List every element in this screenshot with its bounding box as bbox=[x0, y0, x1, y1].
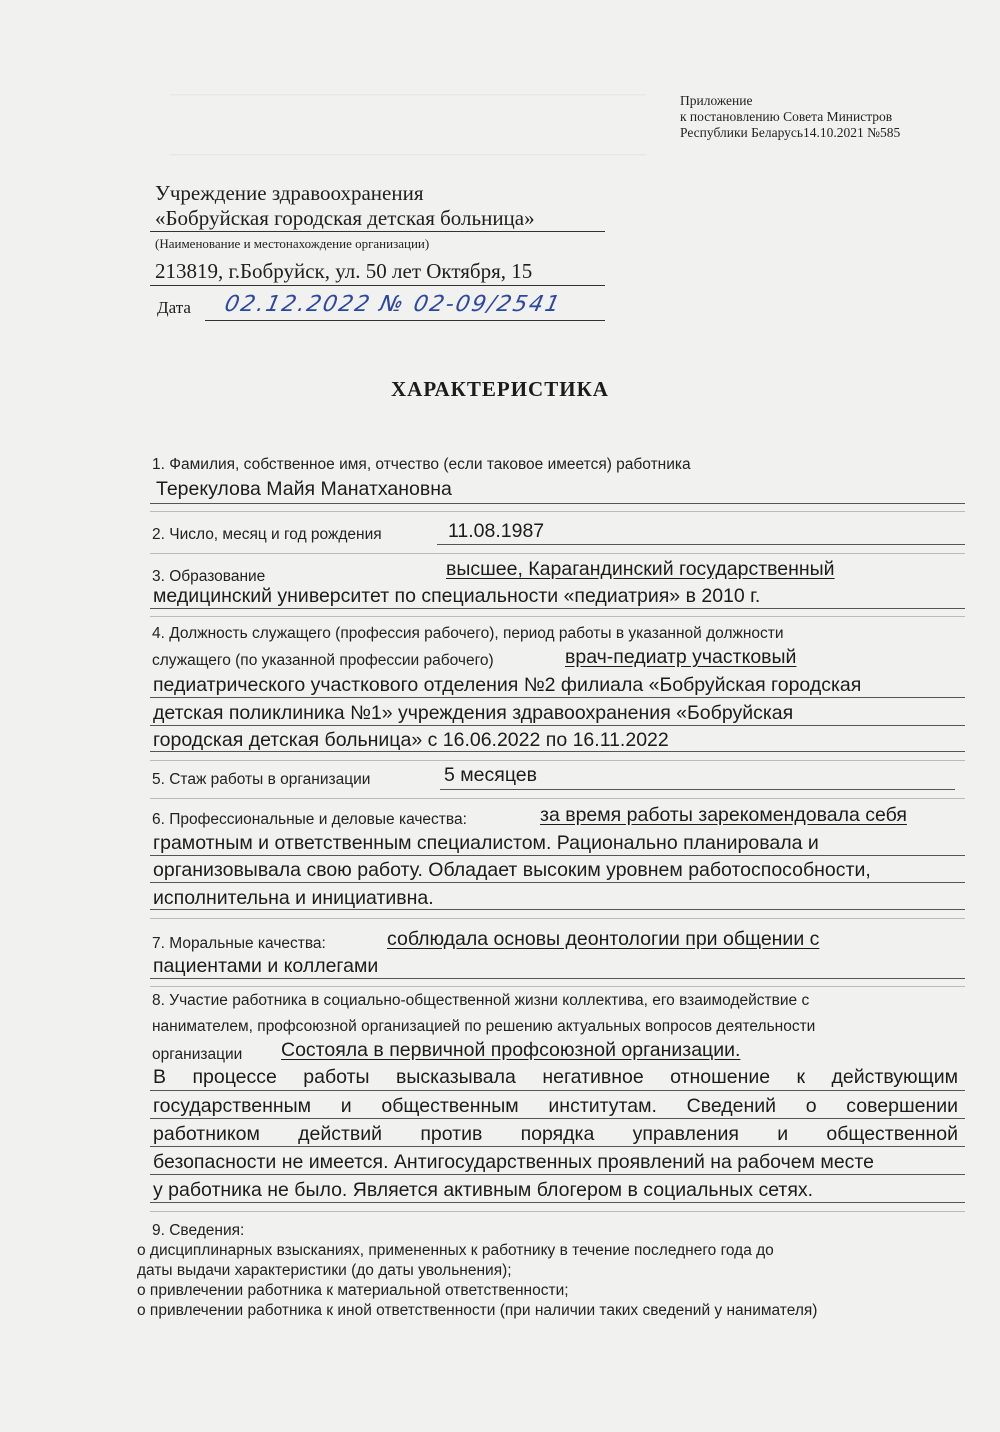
underline bbox=[150, 909, 965, 910]
bleed-through-text: ────────────────────────────────────────… bbox=[170, 88, 646, 104]
underline bbox=[437, 544, 965, 545]
section-8-value-line-4: работником действий против порядка управ… bbox=[153, 1123, 958, 1146]
section-8-label-line-3: организации bbox=[152, 1046, 242, 1064]
divider bbox=[150, 511, 965, 512]
underline bbox=[440, 789, 955, 790]
section-6-value-line-2: грамотным и ответственным специалистом. … bbox=[153, 832, 819, 855]
section-1-label: 1. Фамилия, собственное имя, отчество (е… bbox=[152, 456, 691, 474]
divider bbox=[150, 616, 965, 617]
divider bbox=[150, 760, 965, 761]
section-9-line-1: о дисциплинарных взысканиях, примененных… bbox=[137, 1242, 774, 1260]
section-6-value-line-4: исполнительна и инициативна. bbox=[153, 887, 434, 910]
section-4-value-line-2: педиатрического участкового отделения №2… bbox=[153, 674, 861, 697]
underline bbox=[150, 725, 965, 726]
underline bbox=[150, 285, 605, 286]
section-2-label: 2. Число, месяц и год рождения bbox=[152, 526, 382, 544]
underline bbox=[150, 978, 965, 979]
underline bbox=[150, 1118, 965, 1119]
section-8-value-line-3: государственным и общественным института… bbox=[153, 1095, 958, 1118]
section-2-value: 11.08.1987 bbox=[448, 520, 544, 543]
section-3-value-line-2: медицинский университет по специальности… bbox=[153, 585, 760, 608]
organization-name-line-1: Учреждение здравоохранения bbox=[155, 181, 424, 206]
document-title: ХАРАКТЕРИСТИКА bbox=[0, 377, 1000, 402]
section-4-value-line-4: городская детская больница» с 16.06.2022… bbox=[153, 729, 669, 752]
underline bbox=[150, 855, 965, 856]
section-9-label: 9. Сведения: bbox=[152, 1222, 244, 1240]
section-5-value: 5 месяцев bbox=[444, 764, 537, 787]
divider bbox=[150, 1211, 965, 1212]
section-6-label: 6. Профессиональные и деловые качества: bbox=[152, 811, 467, 829]
divider bbox=[150, 918, 965, 919]
date-label: Дата bbox=[157, 298, 191, 318]
section-9-line-2: даты выдачи характеристики (до даты увол… bbox=[137, 1262, 512, 1280]
bleed-through-text: ────────────────────────────────────────… bbox=[170, 148, 646, 164]
section-3-value-line-1: высшее, Карагандинский государственный bbox=[446, 558, 835, 581]
section-7-label: 7. Моральные качества: bbox=[152, 935, 326, 953]
underline bbox=[150, 882, 965, 883]
underline bbox=[150, 1090, 965, 1091]
section-7-value-line-2: пациентами и коллегами bbox=[153, 955, 378, 978]
date-handwritten-value: 02.12.2022 № 02-09/2541 bbox=[222, 292, 563, 317]
organization-address: 213819, г.Бобруйск, ул. 50 лет Октября, … bbox=[155, 259, 532, 284]
underline bbox=[150, 751, 965, 752]
underline bbox=[150, 1174, 965, 1175]
underline bbox=[205, 320, 605, 321]
section-6-value-line-3: организовывала свою работу. Обладает выс… bbox=[153, 859, 871, 882]
document-page: ────────────────────────────────────────… bbox=[0, 0, 1000, 1432]
section-6-value-line-1: за время работы зарекомендовала себя bbox=[540, 804, 907, 827]
annex-line-2: к постановлению Совета Министров bbox=[680, 109, 900, 125]
underline bbox=[150, 1202, 965, 1203]
section-7-value-line-1: соблюдала основы деонтологии при общении… bbox=[387, 928, 819, 951]
section-3-label: 3. Образование bbox=[152, 568, 265, 586]
section-8-value-line-6: у работника не было. Является активным б… bbox=[153, 1179, 813, 1202]
annex-line-3: Республики Беларусь14.10.2021 №585 bbox=[680, 125, 900, 141]
divider bbox=[150, 798, 965, 799]
section-9-line-3: о привлечении работника к материальной о… bbox=[137, 1282, 569, 1300]
section-4-label-line-1: 4. Должность служащего (профессия рабоче… bbox=[152, 625, 784, 643]
divider bbox=[150, 986, 965, 987]
underline bbox=[150, 1146, 965, 1147]
underline bbox=[150, 608, 965, 609]
underline bbox=[150, 231, 605, 232]
section-8-label-line-1: 8. Участие работника в социально-обществ… bbox=[152, 992, 809, 1010]
section-4-value-line-3: детская поликлиника №1» учреждения здрав… bbox=[153, 702, 793, 725]
annex-line-1: Приложение bbox=[680, 93, 900, 109]
section-4-value-line-1: врач-педиатр участковый bbox=[565, 646, 796, 669]
section-8-value-line-2: В процессе работы высказывала негативное… bbox=[153, 1066, 958, 1089]
organization-name-line-2: «Бобруйская городская детская больница» bbox=[155, 206, 535, 231]
organization-caption: (Наименование и местонахождение организа… bbox=[155, 236, 429, 252]
annex-header: Приложение к постановлению Совета Минист… bbox=[680, 93, 900, 141]
section-5-label: 5. Стаж работы в организации bbox=[152, 771, 370, 789]
section-4-label-line-2: служащего (по указанной профессии рабоче… bbox=[152, 652, 494, 670]
section-8-value-line-1: Состояла в первичной профсоюзной организ… bbox=[281, 1039, 740, 1062]
underline bbox=[150, 503, 965, 504]
section-1-value: Терекулова Майя Манатхановна bbox=[156, 478, 452, 501]
section-9-line-4: о привлечении работника к иной ответстве… bbox=[137, 1302, 817, 1320]
underline bbox=[150, 697, 965, 698]
divider bbox=[150, 553, 965, 554]
section-8-label-line-2: нанимателем, профсоюзной организацией по… bbox=[152, 1018, 815, 1036]
section-8-value-line-5: безопасности не имеется. Антигосударстве… bbox=[153, 1151, 874, 1174]
